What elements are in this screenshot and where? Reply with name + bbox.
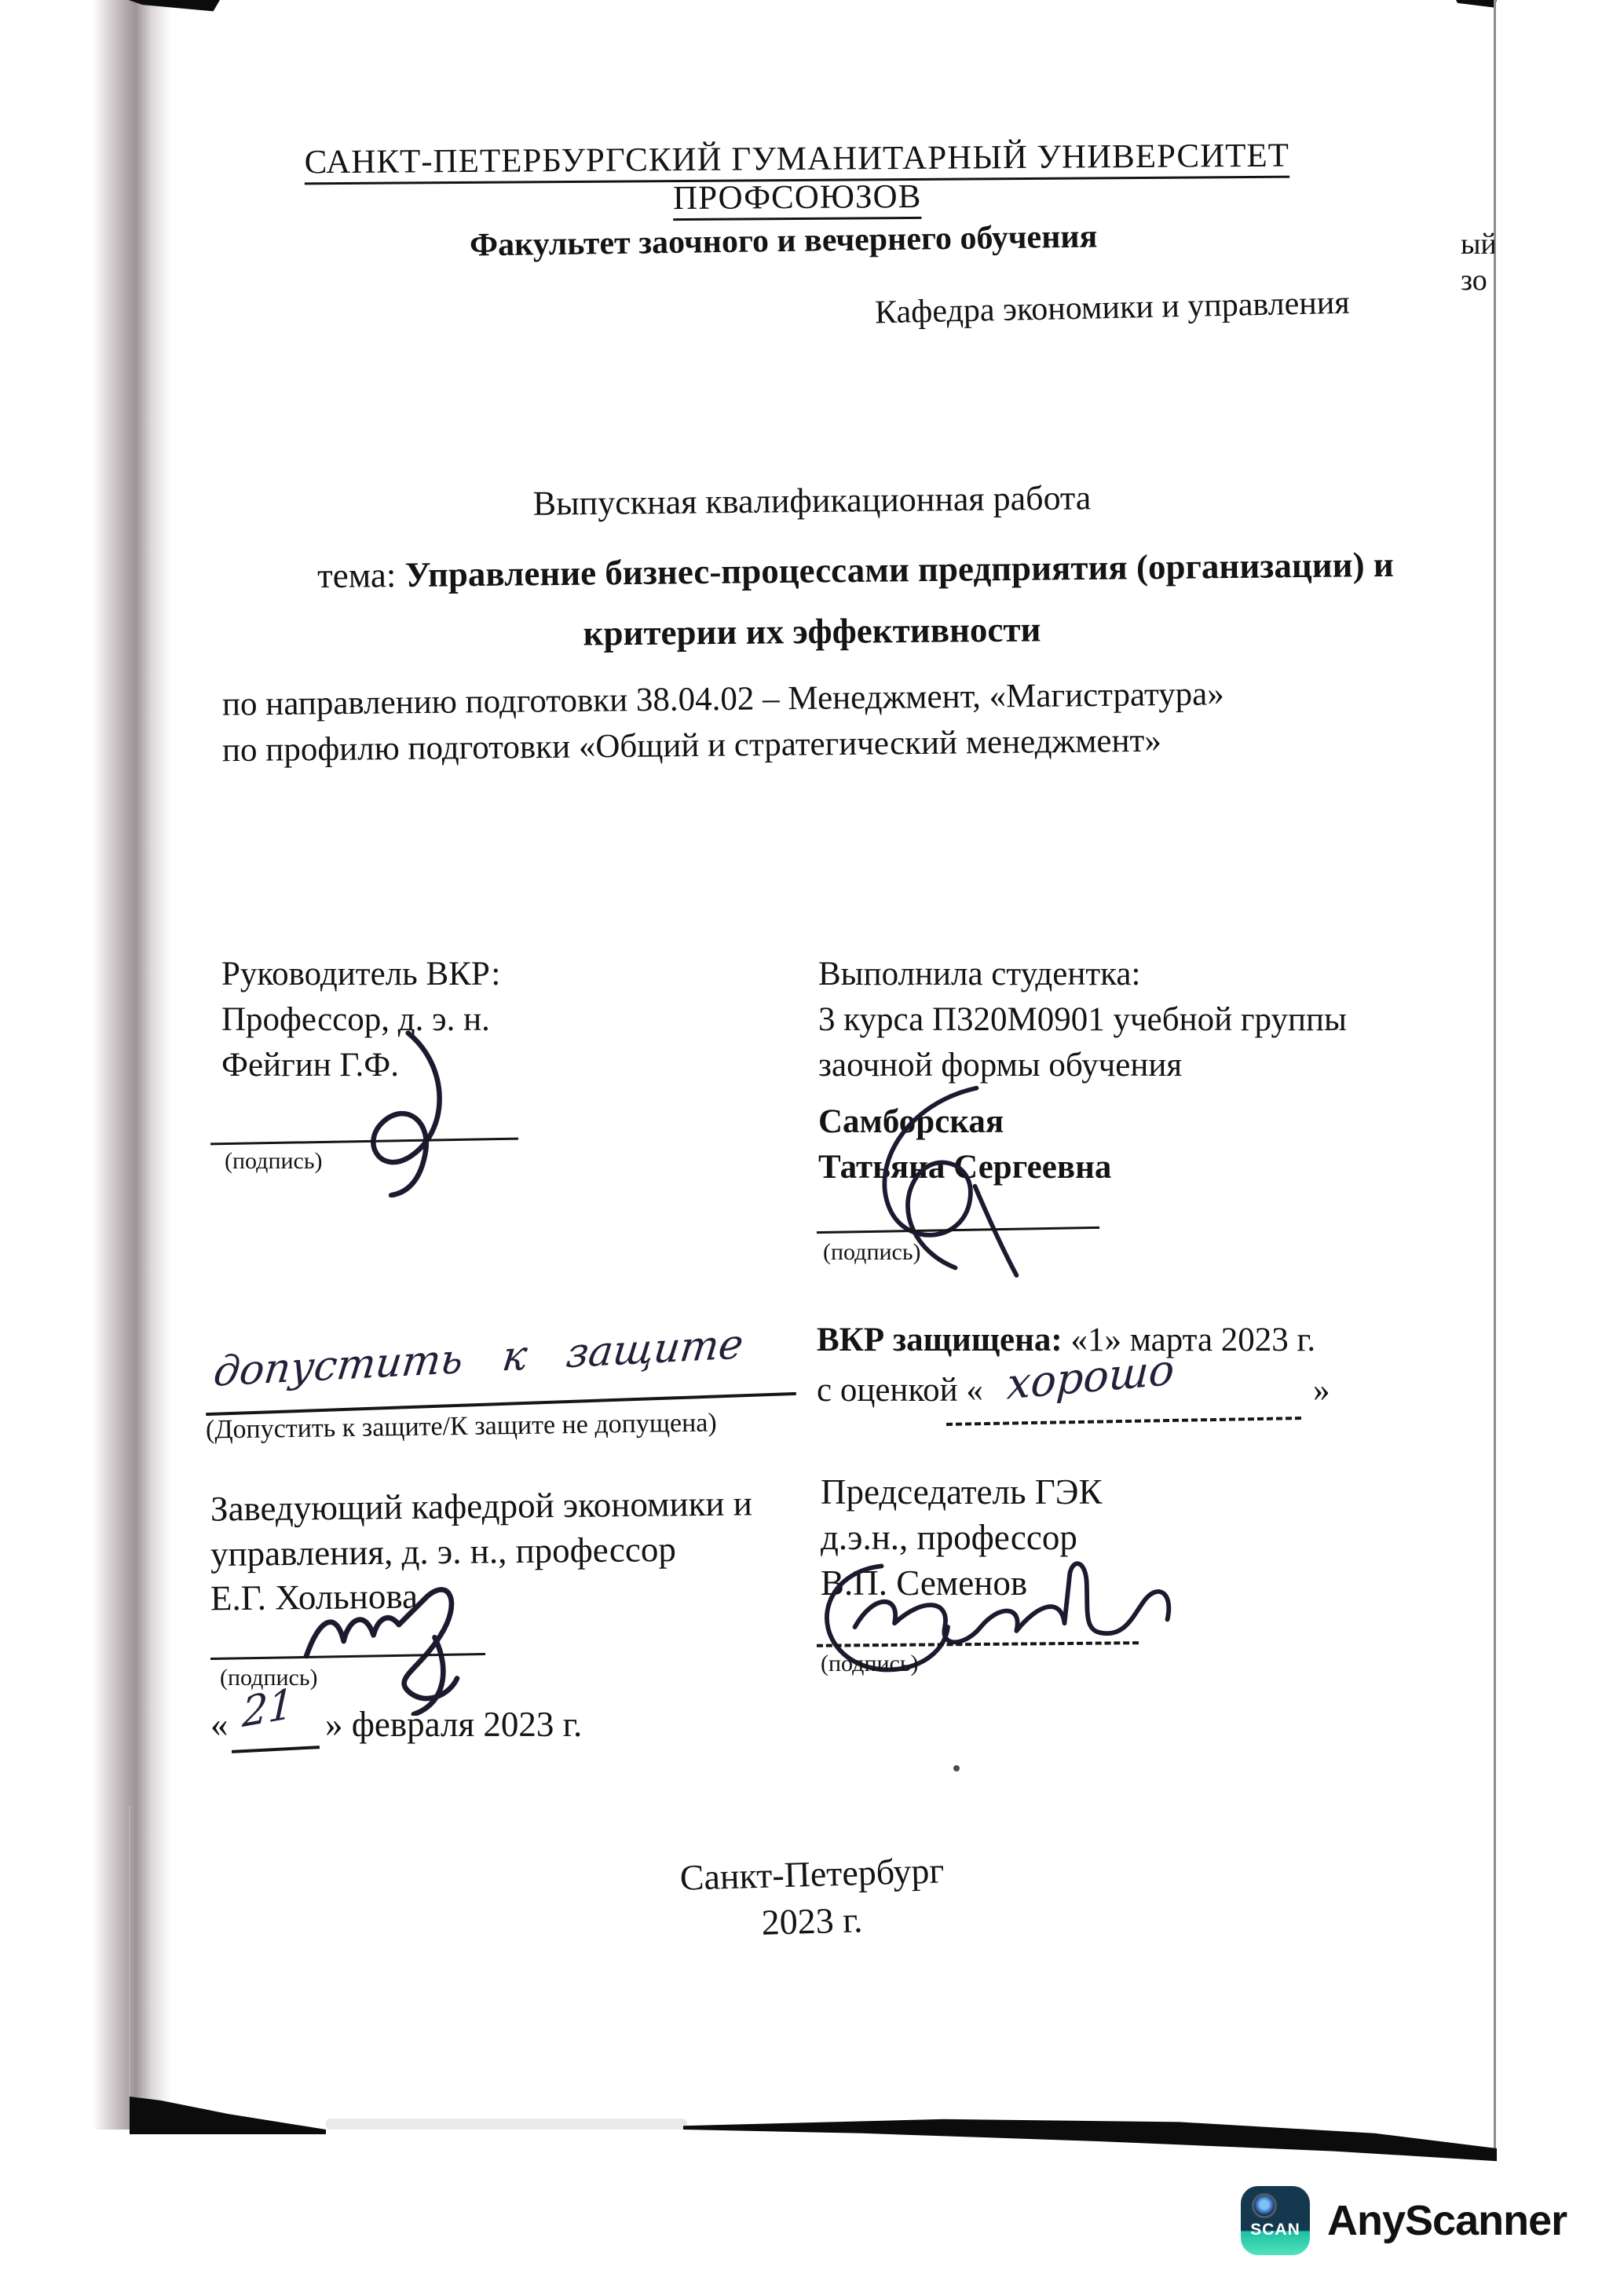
gek-chair-signature-caption: (подпись) [821,1651,919,1677]
admission-handwritten: допустить к защите [211,1321,746,1396]
theme-prefix: тема: [317,555,405,595]
anyscanner-watermark: SCAN AnyScanner [1241,2183,1571,2258]
profile-line: по профилю подготовки «Общий и стратегич… [222,722,1161,770]
thesis-theme-line1: тема: Управление бизнес-процессами предп… [317,544,1394,596]
grade-prefix: с оценкой « [817,1368,983,1413]
defense-label: ВКР защищена: [817,1322,1063,1358]
student-group-line: 3 курса П320М0901 учебной группы [818,997,1347,1042]
dept-head-signature [298,1567,526,1716]
date-open-quote: « [210,1705,229,1744]
work-type-title: Выпускная квалификационная работа [0,472,1624,529]
theme-text-line1: Управление бизнес-процессами предприятия… [404,545,1394,594]
edge-fragment-top: ый [1461,226,1494,262]
supervisor-signature-caption: (подпись) [225,1148,323,1175]
dept-head-date-line: « [210,1702,229,1747]
gek-chair-line1: Председатель ГЭК [821,1470,1102,1515]
scanned-document-page: ый зо САНКТ-ПЕТЕРБУРГСКИЙ ГУМАНИТАРНЫЙ У… [0,0,1624,2296]
edge-fragment-bottom: зо [1461,262,1494,298]
supervisor-signature [338,1029,471,1197]
bottom-edge-shadow-strip [326,2119,687,2130]
scan-app-icon: SCAN [1241,2186,1310,2255]
scan-icon-label: SCAN [1241,2221,1310,2239]
date-day-underline [232,1746,320,1753]
left-edge-shadow [93,0,171,2130]
student-form-line: заочной формы обучения [818,1043,1182,1088]
student-heading: Выполнила студентка: [818,952,1140,996]
bottom-right-corner-mark [683,2115,1497,2163]
anyscanner-wordmark: AnyScanner [1327,2196,1567,2245]
department-line: Кафедра экономики и управления [875,284,1350,332]
bottom-left-corner-mark [130,2095,326,2134]
grade-suffix: » [1313,1368,1330,1413]
student-signature-caption: (подпись) [823,1239,921,1266]
direction-line: по направлению подготовки 38.04.02 – Мен… [222,675,1224,723]
admission-caption: (Допустить к защите/К защите не допущена… [206,1408,717,1445]
date-close-text: » февраля 2023 г. [325,1702,582,1747]
dept-head-line1: Заведующий кафедрой экономики и [210,1481,752,1531]
thesis-theme-line2: критерии их эффективности [0,604,1624,659]
camera-lens-icon [1252,2193,1277,2218]
university-header: САНКТ-ПЕТЕРБУРГСКИЙ ГУМАНИТАРНЫЙ УНИВЕРС… [196,136,1399,221]
speck-dot [953,1765,960,1771]
date-day-handwritten: 21 [241,1680,294,1738]
university-name: САНКТ-ПЕТЕРБУРГСКИЙ ГУМАНИТАРНЫЙ УНИВЕРС… [305,137,1290,217]
faculty-line: Факультет заочного и вечернего обучения [470,218,1098,264]
supervisor-heading: Руководитель ВКР: [221,952,500,996]
top-right-corner-mark [1456,0,1497,9]
adjacent-page-fragment: ый зо [1461,226,1494,305]
grade-underline [946,1417,1301,1426]
